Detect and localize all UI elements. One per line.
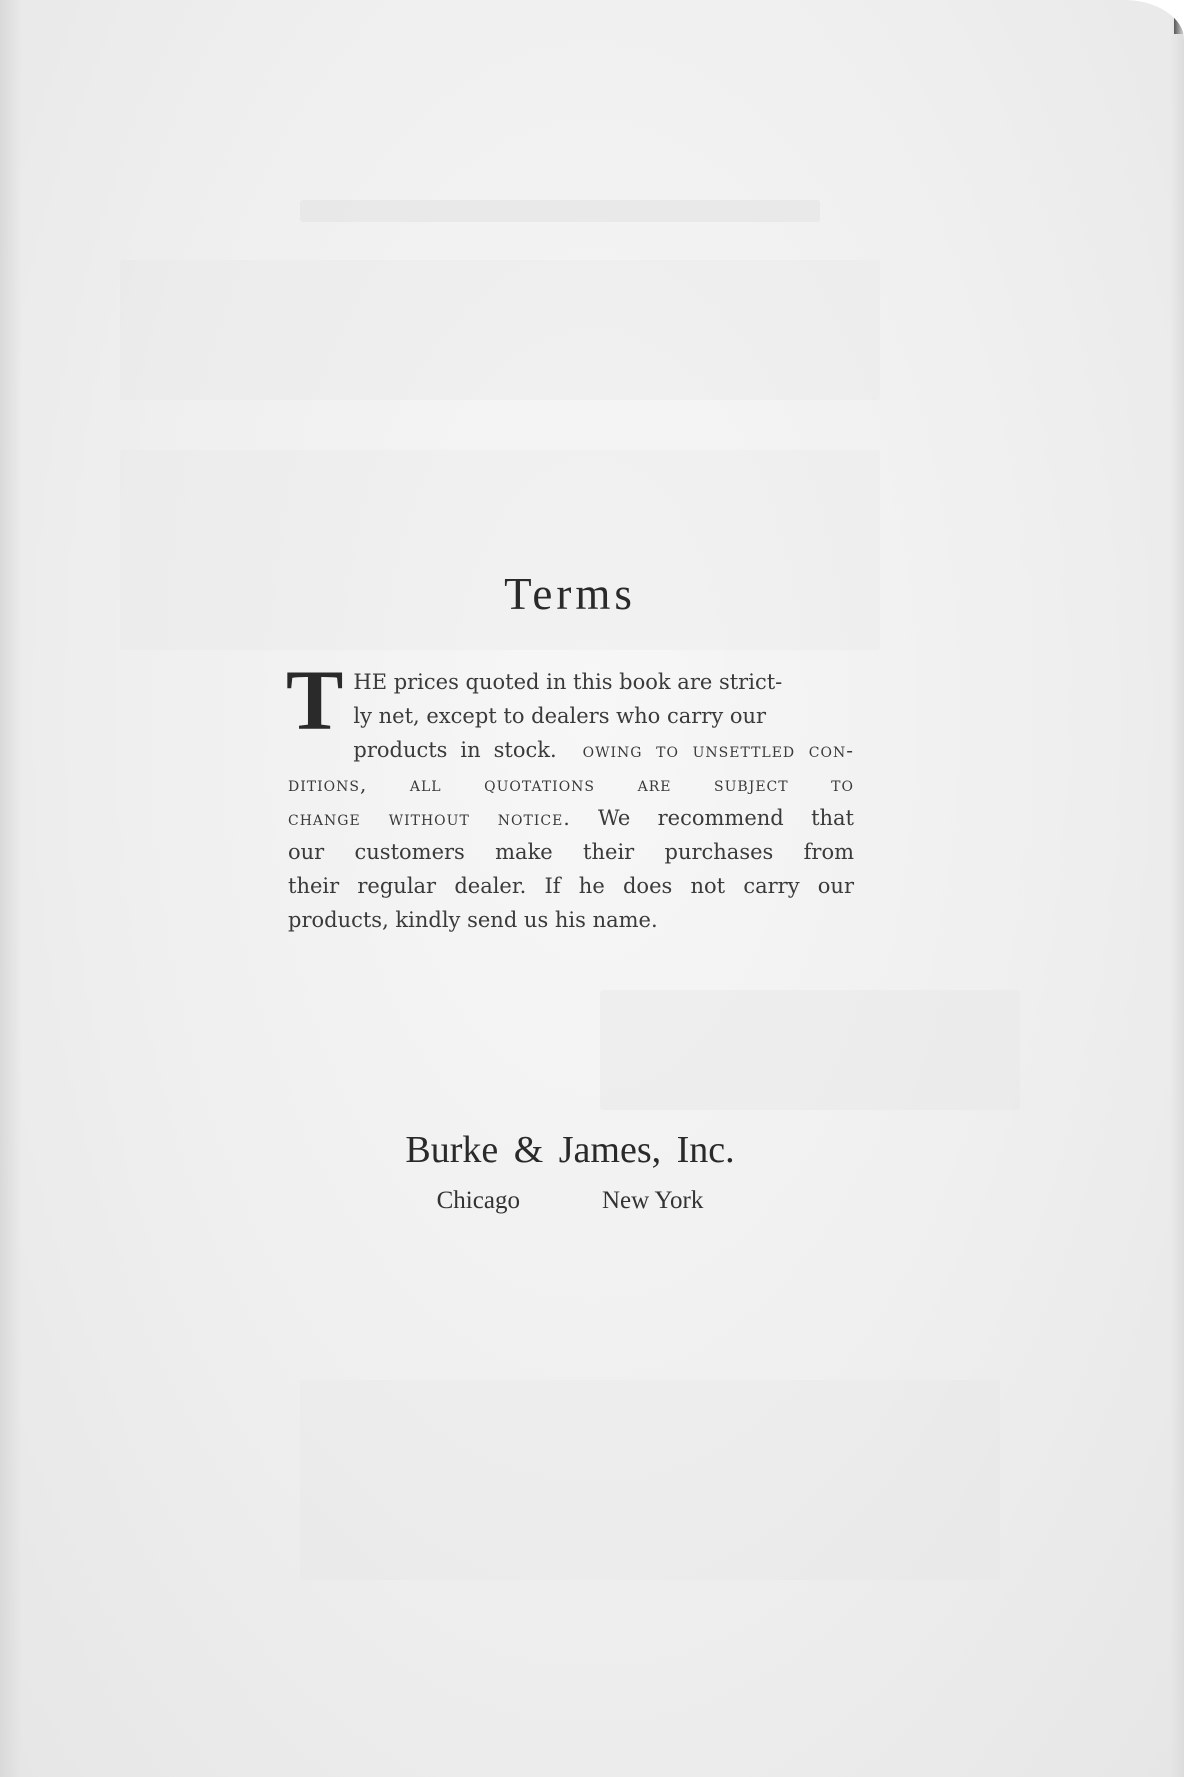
company-name: Burke & James, Inc. — [0, 1128, 1140, 1172]
scan-edge — [1174, 0, 1184, 34]
page-title: Terms — [0, 568, 1140, 620]
terms-paragraph: T HE prices quoted in this book are stri… — [288, 665, 854, 937]
paragraph-text: products in stock. — [353, 738, 556, 762]
show-through-texture — [600, 990, 1020, 1110]
paragraph-line: ly net, except to dealers who carry our — [288, 699, 854, 733]
paragraph-line: our customers make their purchases from — [288, 835, 854, 869]
paragraph-line: products, kindly send us his name. — [288, 903, 854, 937]
show-through-texture — [300, 200, 820, 222]
paragraph-line: products in stock. OWING TO UNSETTLED CO… — [288, 733, 854, 767]
show-through-texture — [120, 260, 880, 400]
city-chicago: Chicago — [437, 1187, 520, 1215]
company-locations: ChicagoNew York — [0, 1187, 1140, 1215]
show-through-texture — [120, 450, 880, 650]
notice-smallcaps: DITIONS, ALL QUOTATIONS ARE SUBJECT TO — [288, 767, 854, 801]
paragraph-line: HE prices quoted in this book are strict… — [288, 665, 854, 699]
paragraph-line: their regular dealer. If he does not car… — [288, 869, 854, 903]
document-page: Terms T HE prices quoted in this book ar… — [0, 0, 1184, 1777]
paragraph-line: CHANGE WITHOUT NOTICE. We recommend that — [288, 801, 854, 835]
notice-smallcaps: OWING TO UNSETTLED CON- — [583, 738, 854, 762]
paragraph-text: We recommend that — [598, 806, 854, 830]
drop-cap: T — [286, 669, 343, 735]
show-through-texture — [300, 1380, 1000, 1580]
notice-smallcaps: CHANGE WITHOUT NOTICE. — [288, 806, 571, 830]
city-new-york: New York — [602, 1187, 703, 1215]
